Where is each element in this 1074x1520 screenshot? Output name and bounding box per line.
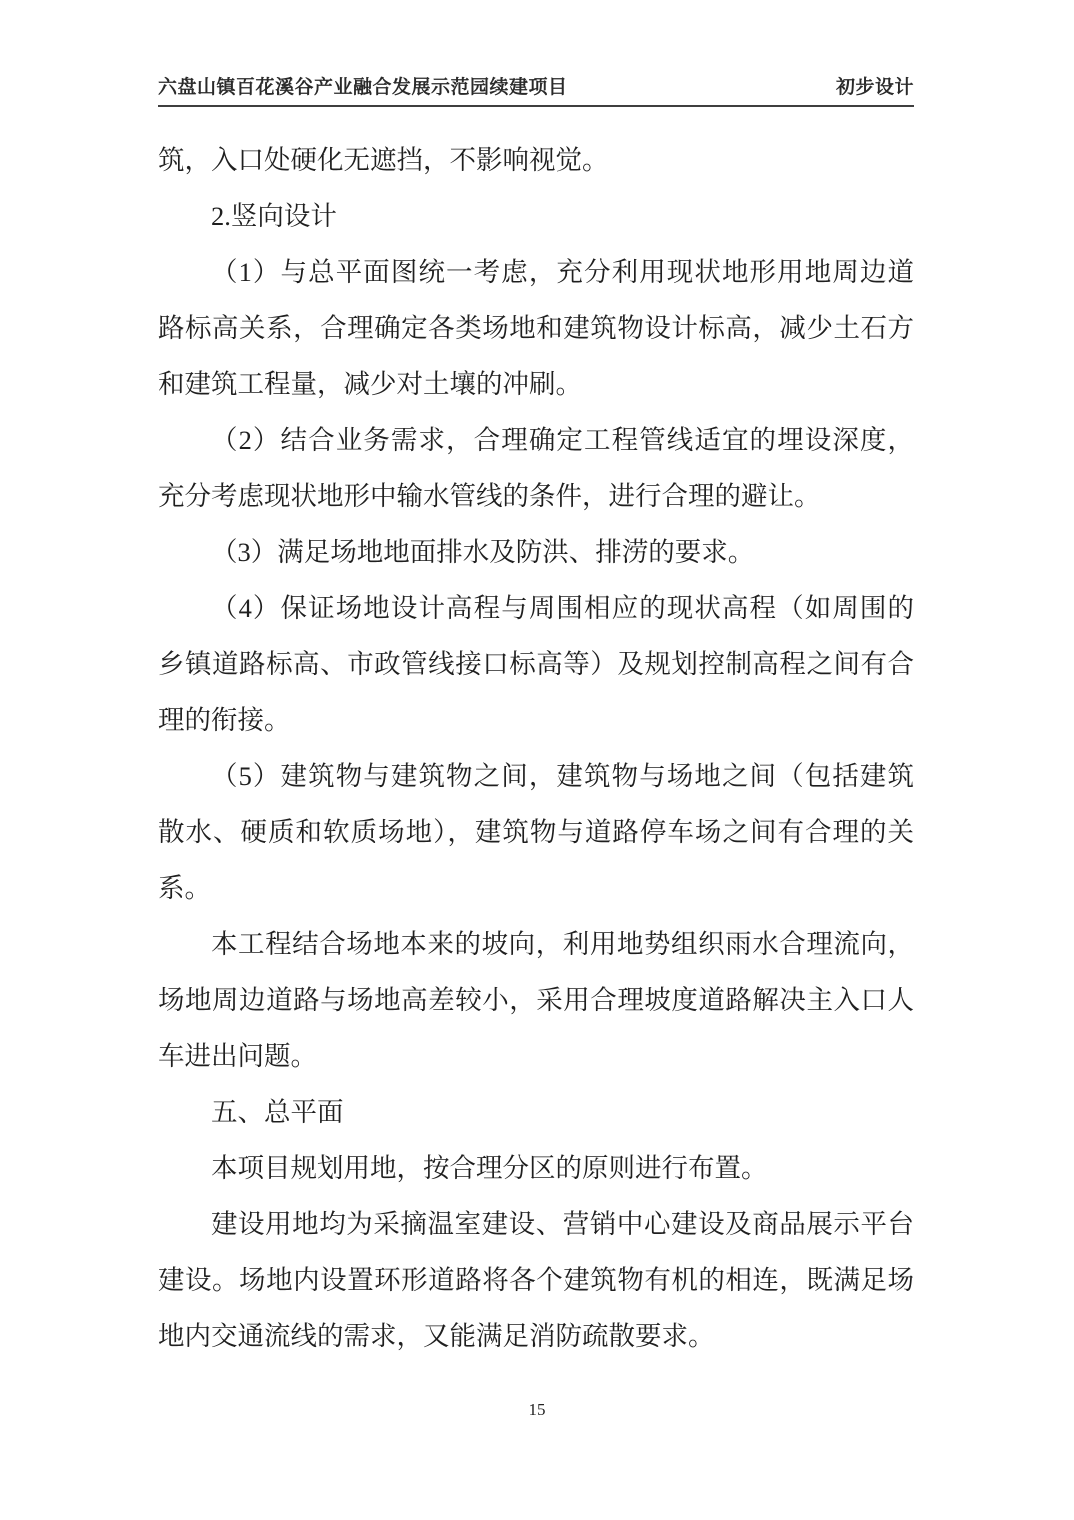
text-line: 理的衔接。 <box>158 692 914 748</box>
text-line: 建设用地均为采摘温室建设、营销中心建设及商品展示平台 <box>158 1196 914 1252</box>
text-line: 地内交通流线的需求，又能满足消防疏散要求。 <box>158 1308 914 1364</box>
text-line: （4）保证场地设计高程与周围相应的现状高程（如周围的 <box>158 580 914 636</box>
page-number: 15 <box>529 1400 546 1419</box>
paragraph: 筑，入口处硬化无遮挡，不影响视觉。 <box>158 132 914 188</box>
text-line: 本项目规划用地，按合理分区的原则进行布置。 <box>158 1140 914 1196</box>
paragraph: （5）建筑物与建筑物之间，建筑物与场地之间（包括建筑散水、硬质和软质场地），建筑… <box>158 748 914 916</box>
text-line: 场地周边道路与场地高差较小，采用合理坡度道路解决主入口人 <box>158 972 914 1028</box>
text-line: （5）建筑物与建筑物之间，建筑物与场地之间（包括建筑 <box>158 748 914 804</box>
text-line: 散水、硬质和软质场地），建筑物与道路停车场之间有合理的关 <box>158 804 914 860</box>
text-line: （2）结合业务需求，合理确定工程管线适宜的埋设深度， <box>158 412 914 468</box>
paragraph: 2.竖向设计 <box>158 188 914 244</box>
page-footer: 15 <box>0 1400 1074 1420</box>
paragraph: （1）与总平面图统一考虑，充分利用现状地形用地周边道路标高关系，合理确定各类场地… <box>158 244 914 412</box>
text-line: （1）与总平面图统一考虑，充分利用现状地形用地周边道 <box>158 244 914 300</box>
paragraph: 建设用地均为采摘温室建设、营销中心建设及商品展示平台建设。场地内设置环形道路将各… <box>158 1196 914 1364</box>
text-line: 和建筑工程量，减少对土壤的冲刷。 <box>158 356 914 412</box>
paragraph: （3）满足场地地面排水及防洪、排涝的要求。 <box>158 524 914 580</box>
text-line: 五、总平面 <box>158 1084 914 1140</box>
text-line: 乡镇道路标高、市政管线接口标高等）及规划控制高程之间有合 <box>158 636 914 692</box>
document-page: 六盘山镇百花溪谷产业融合发展示范园续建项目 初步设计 筑，入口处硬化无遮挡，不影… <box>0 0 1074 1520</box>
header-right-label: 初步设计 <box>836 72 914 99</box>
paragraph: 本工程结合场地本来的坡向，利用地势组织雨水合理流向，场地周边道路与场地高差较小，… <box>158 916 914 1084</box>
paragraph: 本项目规划用地，按合理分区的原则进行布置。 <box>158 1140 914 1196</box>
text-line: 充分考虑现状地形中输水管线的条件，进行合理的避让。 <box>158 468 914 524</box>
text-line: 车进出问题。 <box>158 1028 914 1084</box>
text-line: 系。 <box>158 860 914 916</box>
paragraph: 五、总平面 <box>158 1084 914 1140</box>
page-header: 六盘山镇百花溪谷产业融合发展示范园续建项目 初步设计 <box>158 72 914 107</box>
text-line: 筑，入口处硬化无遮挡，不影响视觉。 <box>158 132 914 188</box>
text-line: 路标高关系，合理确定各类场地和建筑物设计标高，减少土石方 <box>158 300 914 356</box>
paragraph: （2）结合业务需求，合理确定工程管线适宜的埋设深度，充分考虑现状地形中输水管线的… <box>158 412 914 524</box>
paragraph: （4）保证场地设计高程与周围相应的现状高程（如周围的乡镇道路标高、市政管线接口标… <box>158 580 914 748</box>
text-line: 建设。场地内设置环形道路将各个建筑物有机的相连，既满足场 <box>158 1252 914 1308</box>
text-line: 2.竖向设计 <box>158 188 914 244</box>
header-left-title: 六盘山镇百花溪谷产业融合发展示范园续建项目 <box>158 72 568 99</box>
text-line: （3）满足场地地面排水及防洪、排涝的要求。 <box>158 524 914 580</box>
text-line: 本工程结合场地本来的坡向，利用地势组织雨水合理流向， <box>158 916 914 972</box>
document-body: 筑，入口处硬化无遮挡，不影响视觉。2.竖向设计（1）与总平面图统一考虑，充分利用… <box>158 132 914 1364</box>
